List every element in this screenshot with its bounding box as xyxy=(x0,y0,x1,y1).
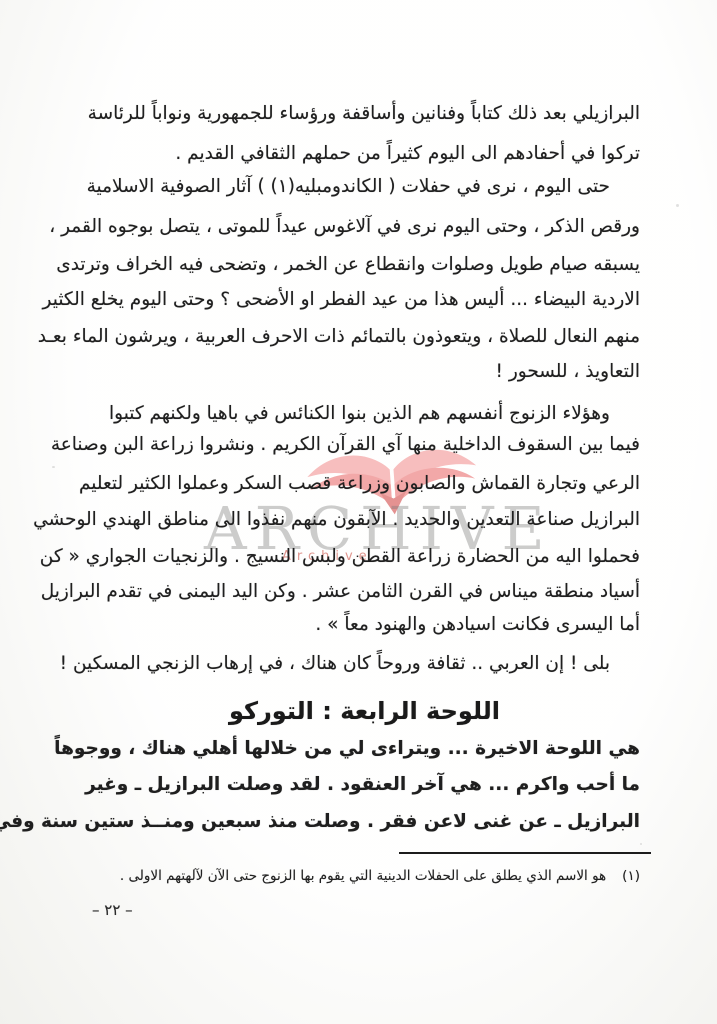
scan-speck xyxy=(640,843,642,845)
section-heading: اللوحة الرابعة : التوركو xyxy=(89,697,640,725)
footnote-text: هو الاسم الذي يطلق على الحفلات الدينية ا… xyxy=(120,868,606,884)
text-line-16: بلى ! إن العربي .. ثقافة وروحاً كان هناك… xyxy=(60,653,640,674)
text-line-11: الرعي وتجارة القماش والصابون وزراعة قصب … xyxy=(79,473,640,494)
text-line-14: أسياد منطقة ميناس في القرن الثامن عشر . … xyxy=(41,581,640,602)
text-line-20: البرازيل ـ عن غنى لاعن فقر . وصلت منذ سب… xyxy=(0,811,640,832)
text-line-13: فحملوا اليه من الحضارة زراعة القطن ولبس … xyxy=(40,546,640,567)
text-line-2: تركوا في أحفادهم الى اليوم كثيراً من حمل… xyxy=(175,143,640,164)
text-line-9: وهؤلاء الزنوج أنفسهم هم الذين بنوا الكنا… xyxy=(109,403,640,424)
text-line-6: الاردية البيضاء ... أليس هذا من عيد الفط… xyxy=(43,289,640,310)
scan-speck xyxy=(52,466,55,468)
footnote: (١)هو الاسم الذي يطلق على الحفلات الديني… xyxy=(120,868,640,884)
footnote-separator xyxy=(399,852,651,854)
text-line-3: حتى اليوم ، نرى في حفلات ( الكاندومبليه(… xyxy=(87,176,640,197)
text-line-18: هي اللوحة الاخيرة ... ويتراءى لي من خلال… xyxy=(54,738,640,759)
text-line-1: البرازيلي بعد ذلك كتاباً وفنانين وأساقفة… xyxy=(88,103,640,124)
text-line-7: منهم النعال للصلاة ، ويتعوذون بالتمائم ذ… xyxy=(38,326,640,347)
text-line-19: ما أحب واكرم ... هي آخر العنقود . لقد وص… xyxy=(85,774,640,795)
scan-speck xyxy=(676,204,679,207)
text-line-15: أما اليسرى فكانت اسيادهن والهنود معاً » … xyxy=(315,614,640,635)
text-line-10: فيما بين السقوف الداخلية منها آي القرآن … xyxy=(51,434,640,455)
text-line-8: التعاويذ ، للسحور ! xyxy=(496,361,640,382)
text-line-12: البرازيل صناعة التعدين والحديد . الآبقون… xyxy=(33,509,640,530)
page-number: – ٢٢ – xyxy=(92,901,133,919)
text-line-5: يسبقه صيام طويل وصلوات وانقطاع عن الخمر … xyxy=(56,254,640,275)
footnote-marker: (١) xyxy=(622,868,640,884)
scanned-book-page: { "page": { "number_display": "– ٢٢ –" }… xyxy=(0,0,717,1024)
text-line-4: ورقص الذكر ، وحتى اليوم نرى في آلاغوس عي… xyxy=(49,216,640,237)
